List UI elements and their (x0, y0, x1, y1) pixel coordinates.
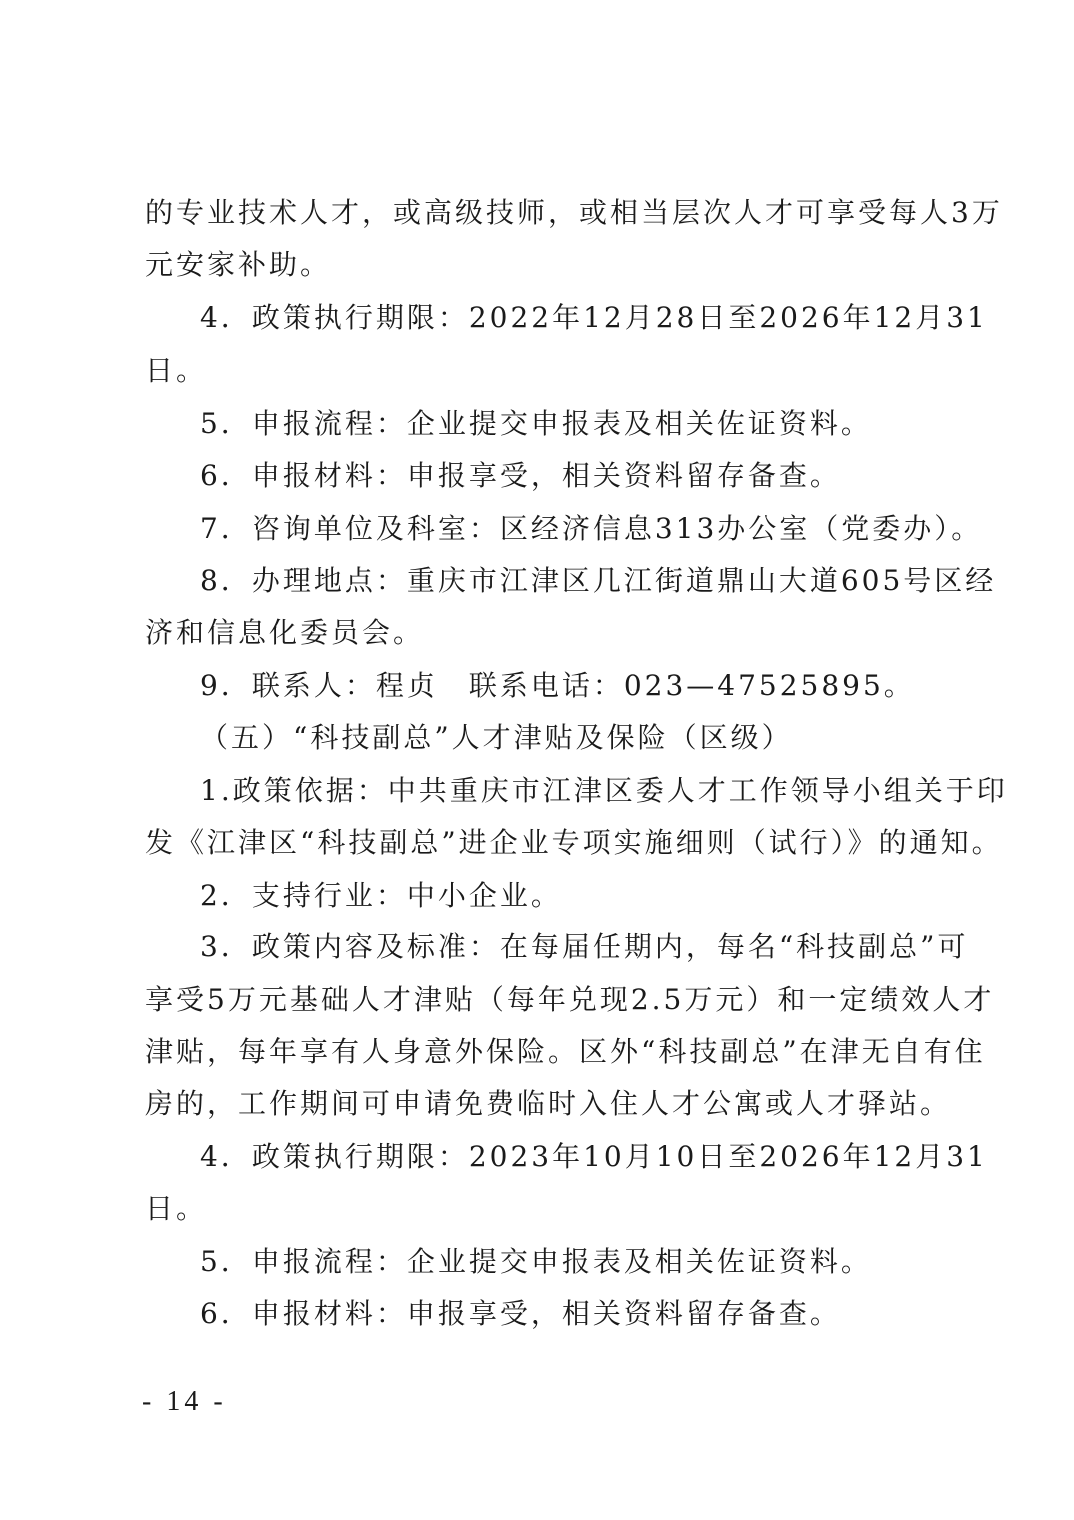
list-item-consulting-unit: 7．咨询单位及科室：区经济信息313办公室（党委办）。 (200, 511, 945, 547)
list-item-policy-content: 3．政策内容及标准：在每届任期内，每名“科技副总”可 (200, 929, 945, 965)
paragraph-line: 元安家补助。 (145, 247, 945, 283)
paragraph-line: 发《江津区“科技副总”进企业专项实施细则（试行）》的通知。 (145, 825, 945, 861)
list-item-application-materials: 6．申报材料：申报享受，相关资料留存备查。 (200, 1296, 945, 1332)
list-item-policy-basis: 1.政策依据：中共重庆市江津区委人才工作领导小组关于印 (200, 773, 945, 809)
paragraph-line: 津贴，每年享有人身意外保险。区外“科技副总”在津无自有住 (145, 1034, 945, 1070)
list-item-policy-period: 4．政策执行期限：2023年10月10日至2026年12月31 (200, 1139, 945, 1175)
document-page: 的专业技术人才，或高级技师，或相当层次人才可享受每人3万 元安家补助。 4．政策… (0, 0, 1074, 1520)
paragraph-line: 享受5万元基础人才津贴（每年兑现2.5万元）和一定绩效人才 (145, 982, 945, 1018)
list-item-supported-industry: 2．支持行业：中小企业。 (200, 878, 945, 914)
paragraph-line: 济和信息化委员会。 (145, 615, 945, 651)
paragraph-line: 的专业技术人才，或高级技师，或相当层次人才可享受每人3万 (145, 195, 945, 231)
list-item-contact: 9．联系人：程贞 联系电话：023—47525895。 (200, 668, 945, 704)
list-item-office-location: 8．办理地点：重庆市江津区几江街道鼎山大道605号区经 (200, 563, 945, 599)
section-heading: （五）“科技副总”人才津贴及保险（区级） (200, 720, 945, 756)
paragraph-line: 日。 (145, 1191, 945, 1227)
list-item-application-materials: 6．申报材料：申报享受，相关资料留存备查。 (200, 458, 945, 494)
list-item-application-process: 5．申报流程：企业提交申报表及相关佐证资料。 (200, 406, 945, 442)
paragraph-line: 房的，工作期间可申请免费临时入住人才公寓或人才驿站。 (145, 1086, 945, 1122)
paragraph-line: 日。 (145, 353, 945, 389)
page-number: - 14 - (142, 1384, 227, 1420)
list-item-application-process: 5．申报流程：企业提交申报表及相关佐证资料。 (200, 1244, 945, 1280)
list-item-policy-period: 4．政策执行期限：2022年12月28日至2026年12月31 (200, 300, 945, 336)
